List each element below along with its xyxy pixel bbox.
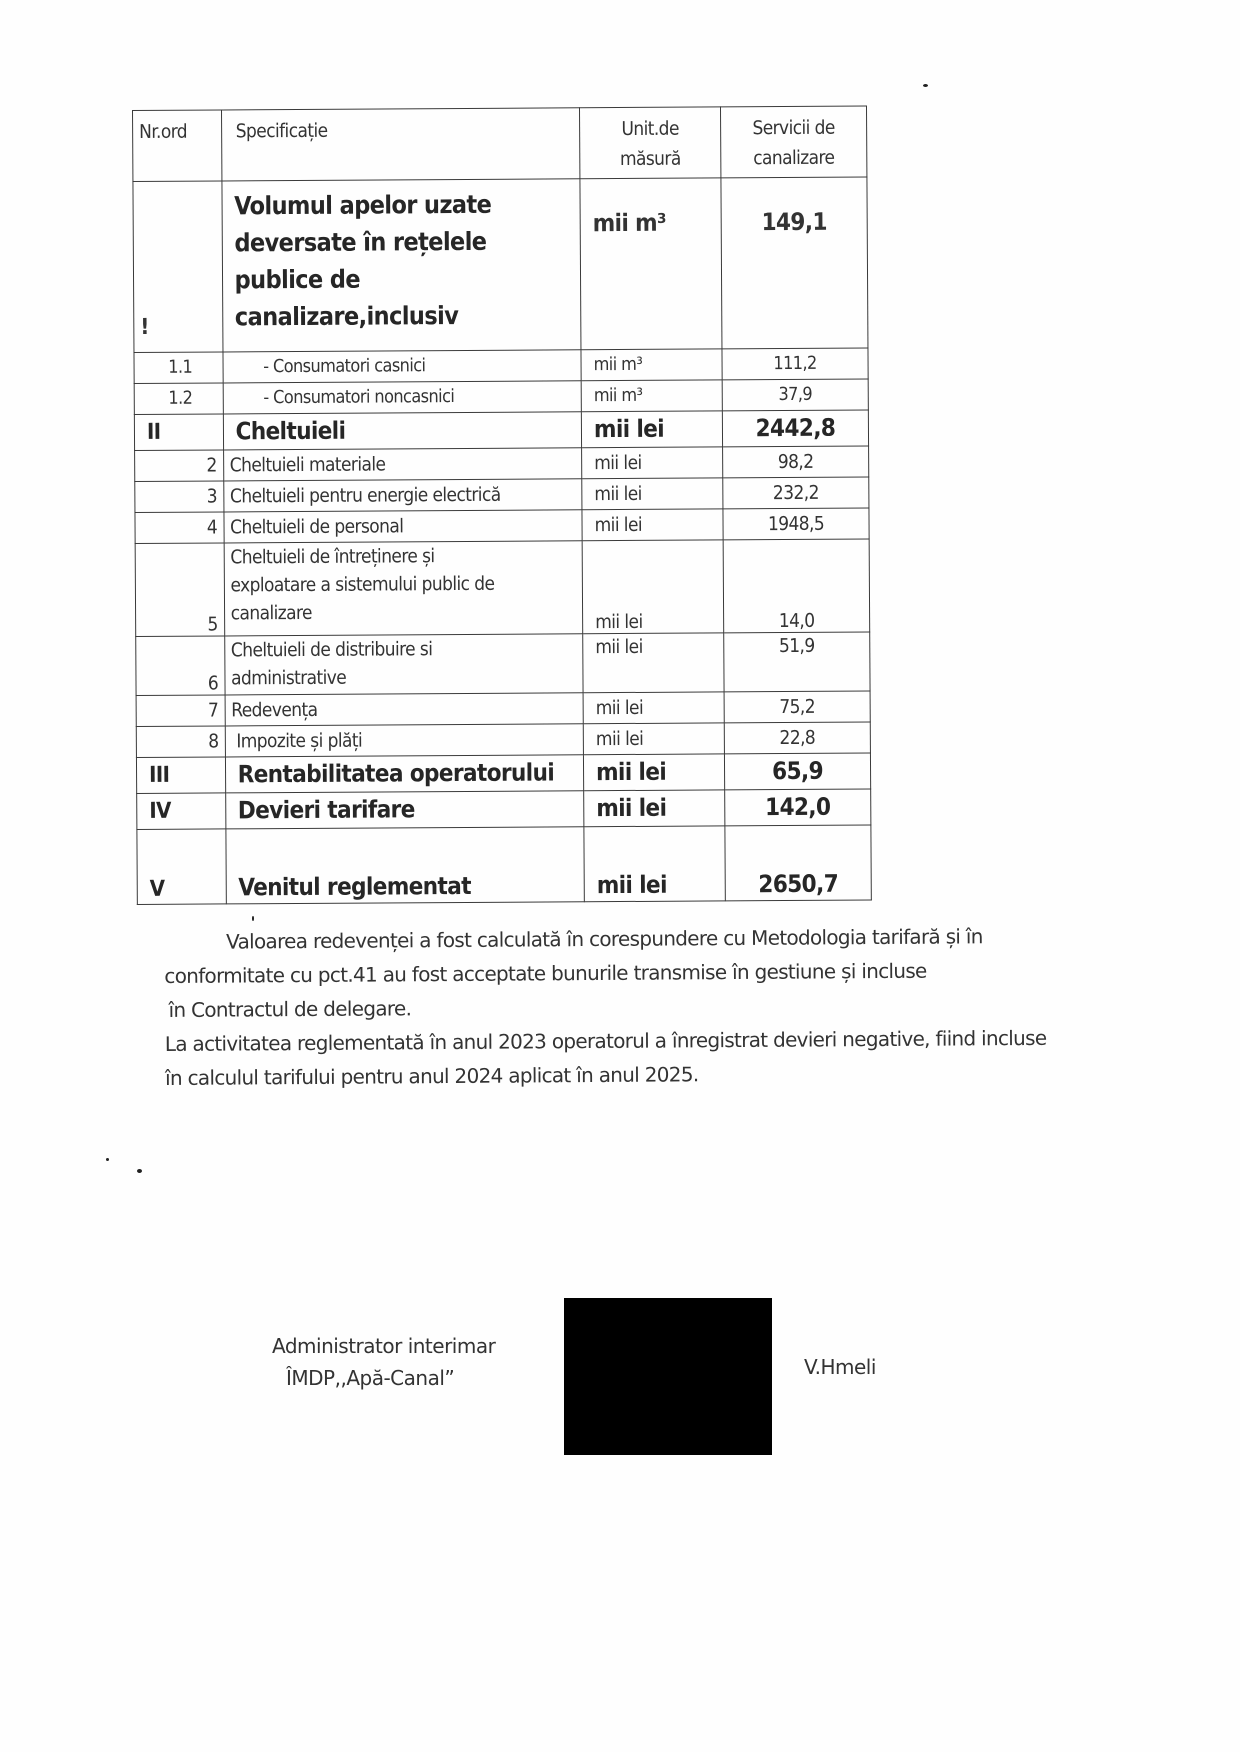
row-spec: Cheltuieli materiale <box>223 448 582 481</box>
signatory-role: Administrator interimar <box>272 1330 495 1362</box>
row-nr: 3 <box>135 481 224 513</box>
row-nr: II <box>134 414 223 451</box>
table-row: III Rentabilitatea operatorului mii lei … <box>136 753 870 793</box>
table-row: 4 Cheltuieli de personal mii lei 1948,5 <box>135 508 869 543</box>
scan-speck <box>106 1158 109 1161</box>
table-row: IV Devieri tarifare mii lei 142,0 <box>137 789 871 829</box>
row-value: 2650,7 <box>725 825 871 901</box>
table-row: 5 Cheltuieli de întreținere și exploatar… <box>135 539 870 636</box>
paragraph-line: în calculul tarifului pentru anul 2024 a… <box>165 1054 1125 1095</box>
row-unit: mii m³ <box>580 178 722 350</box>
header-nr-ord: Nr.ord <box>133 110 222 182</box>
row-nr: 5 <box>135 543 224 637</box>
row-nr: 4 <box>135 512 224 544</box>
row-nr: 8 <box>136 726 225 758</box>
explanatory-paragraph: Valoarea redevenței a fost calculată în … <box>164 918 1125 1095</box>
row-spec: - Consumatori noncasnici <box>223 381 582 414</box>
table-row: 2 Cheltuieli materiale mii lei 98,2 <box>135 446 869 481</box>
row-spec-line: canalizare <box>231 602 312 624</box>
row-spec: - Consumatori casnici <box>223 350 582 383</box>
header-unit-line2: măsură <box>620 148 681 170</box>
row-spec: Cheltuieli de personal <box>224 510 583 543</box>
row-spec: Cheltuieli de distribuire si administrat… <box>224 634 583 695</box>
redacted-signature-box <box>564 1298 772 1455</box>
row-unit: mii lei <box>583 754 724 791</box>
row-unit: mii lei <box>582 478 723 510</box>
row-spec: Redevența <box>225 693 584 726</box>
row-unit: mii lei <box>582 509 723 541</box>
table-row: V Venitul reglementat mii lei 2650,7 <box>137 825 871 904</box>
table-row: 6 Cheltuieli de distribuire si administr… <box>136 632 870 695</box>
row-value: 142,0 <box>725 789 871 826</box>
row-unit: mii lei <box>584 826 725 902</box>
row-unit: mii lei <box>582 447 723 479</box>
table-row: 7 Redevența mii lei 75,2 <box>136 691 870 726</box>
row-spec-line: administrative <box>231 667 346 690</box>
document-page: Nr.ord Specificație Unit.de măsură Servi… <box>0 0 1240 1752</box>
tariff-table: Nr.ord Specificație Unit.de măsură Servi… <box>132 106 872 905</box>
row-unit: mii lei <box>583 723 724 755</box>
row-value: 149,1 <box>721 177 868 349</box>
row-value: 111,2 <box>722 348 868 380</box>
row-unit: mii m³ <box>581 380 722 412</box>
row-value: 98,2 <box>723 446 869 478</box>
row-spec: Rentabilitatea operatorului <box>225 755 584 793</box>
row-value: 22,8 <box>724 722 870 754</box>
table-row: ! Volumul apelor uzate deversate în rețe… <box>133 177 868 352</box>
row-spec: Venitul reglementat <box>225 827 584 904</box>
row-spec: Devieri tarifare <box>225 791 584 829</box>
row-unit: mii lei <box>582 540 724 634</box>
signatory-title: Administrator interimar ÎMDP,,Apă-Canal” <box>272 1330 495 1394</box>
scan-speck <box>923 84 928 87</box>
row-nr: 1.1 <box>134 352 223 384</box>
row-value: 1948,5 <box>723 508 869 540</box>
row-spec-line: exploatare a sistemului public de <box>230 573 494 597</box>
signatory-organization: ÎMDP,,Apă-Canal” <box>272 1362 495 1394</box>
row-nr: 1.2 <box>134 383 223 415</box>
row-nr: 2 <box>135 450 224 482</box>
table-row: 1.2 - Consumatori noncasnici mii m³ 37,9 <box>134 379 868 414</box>
row-nr: III <box>136 757 225 794</box>
row-value: 75,2 <box>724 691 870 723</box>
signatory-name: V.Hmeli <box>804 1355 876 1379</box>
table-row: 8 Impozite și plăți mii lei 22,8 <box>136 722 870 757</box>
header-services-line2: canalizare <box>753 147 834 169</box>
header-unit-line1: Unit.de <box>621 118 679 140</box>
row-unit: mii lei <box>583 633 724 693</box>
row-value: 2442,8 <box>722 410 868 447</box>
header-specificatie: Specificație <box>221 108 580 181</box>
paragraph-line: La activitatea reglementată în anul 2023… <box>165 1020 1125 1061</box>
row-spec: Cheltuieli <box>223 412 582 450</box>
row-nr: 7 <box>136 695 225 727</box>
header-services: Servicii de canalizare <box>720 106 866 178</box>
header-unit: Unit.de măsură <box>580 107 721 179</box>
row-spec: Volumul apelor uzate deversate în rețele… <box>222 179 581 352</box>
row-unit: mii lei <box>581 411 722 448</box>
row-spec: Impozite și plăți <box>225 724 584 757</box>
table-header-row: Nr.ord Specificație Unit.de măsură Servi… <box>133 106 867 181</box>
table-row: 3 Cheltuieli pentru energie electrică mi… <box>135 477 869 512</box>
scan-speck <box>137 1169 142 1173</box>
row-spec-line: Volumul apelor uzate <box>234 190 491 221</box>
scan-speck <box>252 916 254 921</box>
row-value: 14,0 <box>723 539 870 633</box>
row-nr: IV <box>137 793 226 830</box>
row-spec-line: canalizare,inclusiv <box>235 301 459 331</box>
row-nr: ! <box>133 181 223 353</box>
row-spec-line: Cheltuieli de întreținere și <box>230 545 434 568</box>
paragraph-line: Valoarea redevenței a fost calculată în … <box>164 918 1124 959</box>
row-unit: mii lei <box>583 692 724 724</box>
row-nr: V <box>137 829 226 905</box>
row-value: 65,9 <box>724 753 870 790</box>
row-value: 232,2 <box>723 477 869 509</box>
row-nr: 6 <box>136 636 225 696</box>
row-spec-line: publice de <box>235 265 361 295</box>
row-unit: mii lei <box>584 790 725 827</box>
row-spec: Cheltuieli pentru energie electrică <box>223 479 582 512</box>
table-row: 1.1 - Consumatori casnici mii m³ 111,2 <box>134 348 868 383</box>
row-spec-line: deversate în rețelele <box>234 227 486 258</box>
row-spec-line: Cheltuieli de distribuire si <box>231 638 433 661</box>
row-spec: Cheltuieli de întreținere și exploatare … <box>224 541 583 636</box>
row-value: 51,9 <box>724 632 870 692</box>
row-value: 37,9 <box>722 379 868 411</box>
table-row: II Cheltuieli mii lei 2442,8 <box>134 410 868 450</box>
header-services-line1: Servicii de <box>752 117 835 140</box>
row-unit: mii m³ <box>581 349 722 381</box>
